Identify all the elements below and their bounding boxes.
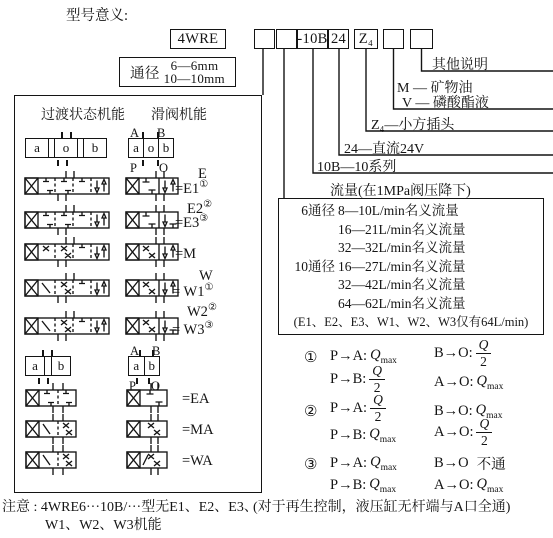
footnote-line1-right: (对于再生控制，液压缸无杆端与A口全通)	[253, 496, 510, 516]
spool-symbol-e1	[125, 171, 181, 201]
leader-flow-label: 流量(在1MPa阀压降下)	[330, 180, 471, 200]
code-box-voltage: 24	[328, 29, 349, 49]
code-w2: W2②	[187, 302, 217, 321]
flow-row: 32—42L/min名义流量	[279, 276, 543, 295]
spool-function-panel: 过渡状态机能 滑阀机能 A B a o b a o b P O E =E1① E…	[14, 95, 262, 493]
flow-rate-box: 6通径8—10L/min名义流量 16—21L/min名义流量 32—32L/m…	[278, 198, 544, 335]
note-1-number: ①	[304, 348, 317, 367]
flow-row: 64—62L/min名义流量	[279, 295, 543, 314]
transition-symbol-aob: a o b	[25, 138, 107, 158]
leader-series-label: 10B—10系列	[317, 156, 396, 176]
spool-symbol-aob: a o b	[128, 138, 174, 158]
note-entry: P→B: Qmax	[330, 472, 396, 498]
footnote-line2: W1、W2、W3机能	[45, 514, 162, 534]
transition-symbol-w3	[24, 311, 110, 341]
spool-symbol-m	[125, 237, 181, 267]
pos-o: o	[54, 138, 78, 158]
flow-footnote: (E1、E2、E3、W1、W2、W3仅有64L/min)	[279, 314, 543, 331]
transition-symbol-e3	[24, 205, 110, 235]
model-name-box: 4WRE	[170, 29, 226, 49]
page-title: 型号意义:	[66, 4, 128, 25]
note-entry: P→B: Qmax	[330, 422, 396, 448]
flow-row: 16—21L/min名义流量	[279, 221, 543, 240]
model-designation-diagram: 型号意义: 4WRE -10B 24 Z₄ 通径 6—6mm 10—10mm 其…	[0, 0, 553, 538]
flow-row: 6通径8—10L/min名义流量	[279, 202, 543, 221]
bore-option-10: 10—10mm	[164, 72, 225, 85]
bore-label: 通径	[130, 62, 160, 83]
transition-symbol-ab: a b	[25, 356, 71, 376]
leader-other-label: 其他说明	[432, 54, 488, 74]
note-2-number: ②	[304, 402, 317, 421]
bore-size-box: 通径 6—6mm 10—10mm	[119, 57, 236, 87]
note-entry: A→O: Qmax	[434, 472, 503, 498]
transition-symbol-wa	[25, 445, 77, 475]
spool-symbol-e3	[125, 205, 181, 235]
code-m: =M	[175, 246, 196, 263]
panel-header-spool: 滑阀机能	[151, 104, 207, 124]
code-ma: =MA	[182, 422, 214, 439]
panel-header-transition: 过渡状态机能	[41, 104, 125, 124]
code-box-function	[276, 29, 297, 49]
transition-symbol-ma	[25, 414, 77, 444]
code-w1: = W1①	[172, 282, 213, 301]
code-w3: = W3③	[172, 320, 213, 339]
transition-symbol-ea	[25, 383, 77, 413]
code-e1: =E1①	[175, 179, 208, 198]
code-box-bore	[254, 29, 275, 49]
code-ea: =EA	[182, 391, 210, 408]
code-box-other	[410, 29, 433, 49]
flow-row: 32—32L/min名义流量	[279, 239, 543, 258]
note-entry: P→B: Q2	[330, 366, 385, 392]
code-wa: =WA	[182, 453, 213, 470]
spool-symbol-wa	[126, 445, 170, 475]
spool-symbol-ab: a b	[128, 356, 160, 376]
note-entry: A→O: Qmax	[434, 369, 503, 395]
spool-symbol-ea	[126, 383, 170, 413]
note-3-number: ③	[304, 455, 317, 474]
code-box-plug: Z₄	[354, 29, 378, 49]
code-box-series: -10B	[297, 29, 328, 49]
note-entry: A→O: Q2	[434, 419, 492, 445]
note-entry: B→O: Q2	[434, 340, 491, 366]
transition-symbol-w	[24, 273, 110, 303]
note-entry: P→A: Q2	[330, 395, 386, 421]
flow-row: 10通径16—27L/min名义流量	[279, 258, 543, 277]
leader-phosphate-label: V — 磷酸酯液	[402, 92, 489, 112]
footnote-line1: 注意 : 4WRE6···10B/···型无E1、E2、E3、	[2, 496, 258, 516]
transition-symbol-m	[24, 237, 110, 267]
pos-b: b	[83, 138, 107, 158]
leader-voltage-label: 24—直流24V	[344, 138, 424, 158]
leader-plug-label: Z₄—小方插头	[371, 114, 454, 134]
code-e3: =E3③	[175, 213, 208, 232]
pos-a: a	[25, 138, 49, 158]
code-box-fluid	[383, 29, 404, 49]
spool-symbol-ma	[126, 414, 170, 444]
transition-symbol-e	[24, 171, 110, 201]
